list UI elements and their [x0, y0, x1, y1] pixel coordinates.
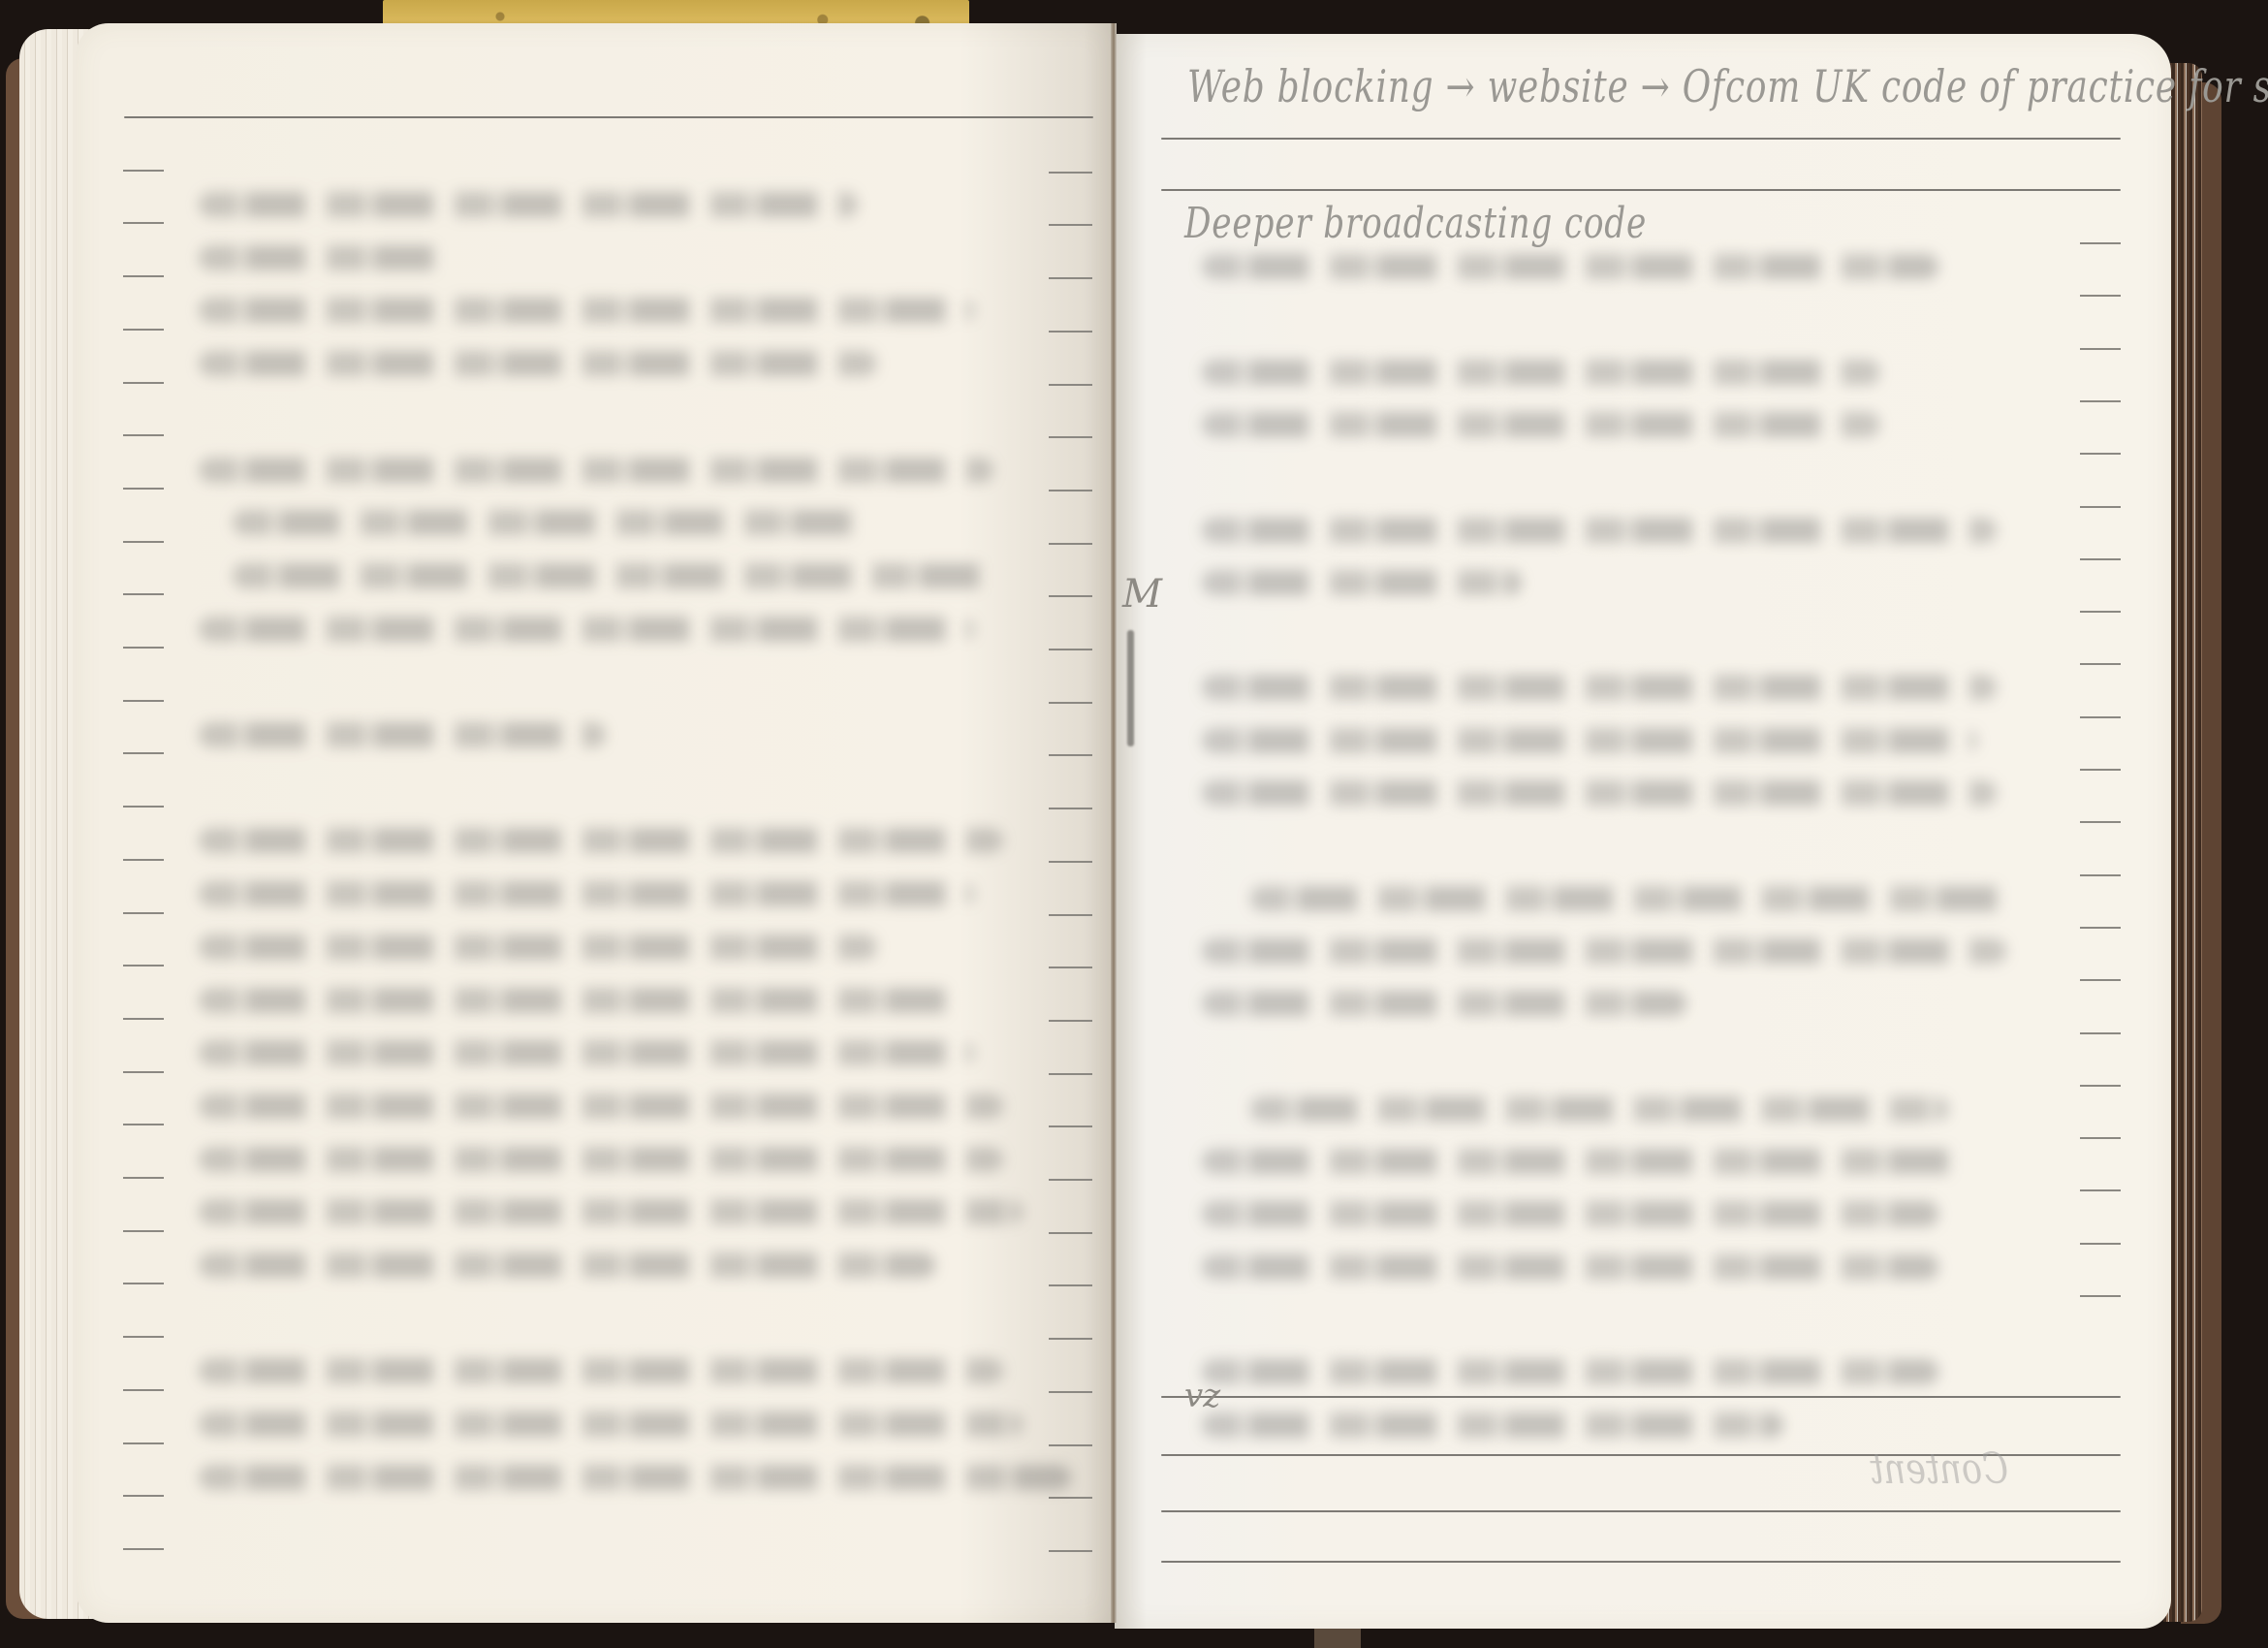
blurred-handwriting-line	[1202, 780, 1997, 806]
blurred-handwriting-line	[233, 563, 989, 588]
rule-tick-right	[1049, 1338, 1092, 1340]
rule-tick-left	[123, 329, 164, 331]
rule-tick-right	[1049, 1073, 1092, 1075]
rule-tick-right	[1049, 1497, 1092, 1499]
rule-tick-left	[123, 382, 164, 384]
rule-tick-right	[2080, 1243, 2121, 1245]
rule-tick-right	[1049, 808, 1092, 809]
right-page-rule	[1161, 1396, 2121, 1398]
rule-tick-right	[2080, 716, 2121, 718]
rule-tick-right	[1049, 1232, 1092, 1234]
blurred-handwriting-line	[199, 1358, 1003, 1383]
rule-tick-right	[2080, 1189, 2121, 1191]
gutter-spine	[1111, 23, 1117, 1623]
rule-tick-right	[2080, 295, 2121, 297]
blurred-handwriting-line	[1202, 991, 1686, 1016]
rule-tick-left	[123, 541, 164, 543]
blurred-handwriting-line	[1202, 518, 1997, 543]
rule-tick-left	[123, 1495, 164, 1497]
rule-tick-left	[123, 1071, 164, 1073]
rule-tick-right	[2080, 506, 2121, 508]
blurred-handwriting-line	[199, 881, 974, 906]
rule-tick-right	[1049, 384, 1092, 386]
rule-tick-right	[1049, 1391, 1092, 1393]
blurred-handwriting-line	[199, 988, 955, 1013]
blurred-handwriting-line	[1250, 1096, 1948, 1122]
blurred-handwriting-line	[199, 722, 606, 747]
rule-tick-left	[123, 1018, 164, 1020]
rule-tick-left	[123, 859, 164, 861]
blurred-handwriting-line	[199, 1252, 935, 1278]
blurred-handwriting-line	[1202, 1254, 1938, 1280]
rule-tick-right	[1049, 649, 1092, 650]
blurred-handwriting-line	[199, 351, 877, 376]
blurred-handwriting-line	[199, 617, 974, 642]
rule-tick-right	[1049, 861, 1092, 863]
blurred-handwriting-line	[199, 298, 974, 323]
rule-tick-right	[1049, 1125, 1092, 1127]
rule-tick-left	[123, 912, 164, 914]
rule-tick-right	[1049, 1284, 1092, 1286]
rule-tick-right	[2080, 821, 2121, 823]
rule-tick-right	[2080, 1295, 2121, 1297]
rule-tick-right	[1049, 331, 1092, 333]
rule-tick-left	[123, 434, 164, 436]
right-page-heading-1: Web blocking → website → Ofcom UK code o…	[1187, 60, 2268, 112]
rule-tick-left	[123, 1230, 164, 1232]
rule-tick-right	[1049, 1020, 1092, 1022]
rule-tick-right	[1049, 1444, 1092, 1446]
rule-tick-left	[123, 647, 164, 649]
rule-tick-right	[2080, 927, 2121, 929]
right-page-rule	[1161, 1510, 2121, 1512]
rule-tick-right	[1049, 595, 1092, 597]
rule-tick-right	[1049, 224, 1092, 226]
blurred-handwriting-line	[1202, 728, 1977, 753]
right-page-rule	[1161, 138, 2121, 140]
pencil-smudge	[1127, 630, 1134, 746]
rule-tick-right	[1049, 702, 1092, 704]
rule-tick-right	[1049, 1550, 1092, 1552]
rule-tick-right	[1049, 436, 1092, 438]
rule-tick-right	[2080, 1137, 2121, 1139]
rule-tick-right	[1049, 914, 1092, 916]
rule-tick-left	[123, 752, 164, 754]
bleed-through-text: Content	[1870, 1444, 2008, 1494]
rule-tick-right	[2080, 979, 2121, 981]
rule-tick-right	[2080, 558, 2121, 560]
notebook-scene: Web blocking → website → Ofcom UK code o…	[0, 0, 2268, 1648]
rule-tick-left	[123, 1336, 164, 1338]
blurred-handwriting-line	[1202, 938, 2006, 964]
blurred-handwriting-line	[199, 828, 1003, 853]
blurred-handwriting-line	[1250, 886, 2006, 911]
rule-tick-right	[1049, 277, 1092, 279]
rule-tick-right	[2080, 611, 2121, 613]
rule-tick-left	[123, 1548, 164, 1550]
blurred-handwriting-line	[199, 245, 451, 270]
margin-mark-bottom: vz	[1184, 1377, 1220, 1415]
blurred-handwriting-line	[1202, 1149, 1958, 1174]
rule-tick-left	[123, 222, 164, 224]
rule-tick-right	[1049, 172, 1092, 174]
rule-tick-left	[123, 275, 164, 277]
rule-tick-left	[123, 806, 164, 808]
blurred-handwriting-line	[199, 1465, 1071, 1490]
rule-tick-left	[123, 700, 164, 702]
blurred-handwriting-line	[1202, 254, 1938, 279]
blurred-handwriting-line	[1202, 1359, 1938, 1384]
rule-tick-left	[123, 170, 164, 172]
blurred-handwriting-line	[199, 458, 993, 483]
blurred-handwriting-line	[199, 935, 877, 960]
rule-tick-right	[2080, 769, 2121, 771]
rule-tick-right	[2080, 400, 2121, 402]
right-page-heading-2: Deeper broadcasting code	[1184, 199, 1647, 248]
rule-tick-right	[1049, 543, 1092, 545]
blurred-handwriting-line	[199, 1199, 1023, 1224]
blurred-handwriting-line	[1202, 1201, 1938, 1226]
blurred-handwriting-line	[199, 1093, 1003, 1119]
rule-tick-left	[123, 1124, 164, 1125]
blurred-handwriting-line	[1202, 360, 1880, 385]
blurred-handwriting-line	[199, 192, 858, 217]
rule-tick-right	[1049, 754, 1092, 756]
rule-tick-right	[2080, 348, 2121, 350]
blurred-handwriting-line	[199, 1040, 974, 1065]
rule-tick-left	[123, 1442, 164, 1444]
rule-tick-right	[2080, 874, 2121, 876]
rule-tick-right	[2080, 242, 2121, 244]
right-page-rule	[1161, 1561, 2121, 1563]
rule-tick-right	[2080, 453, 2121, 455]
rule-tick-right	[1049, 490, 1092, 491]
blurred-handwriting-line	[1202, 570, 1522, 595]
left-page-top-rule	[124, 116, 1093, 118]
margin-mark-m: M	[1122, 572, 1162, 617]
rule-tick-right	[1049, 1179, 1092, 1181]
rule-tick-right	[2080, 1032, 2121, 1034]
blurred-handwriting-line	[1202, 412, 1880, 437]
rule-tick-left	[123, 1389, 164, 1391]
rule-tick-left	[123, 488, 164, 490]
rule-tick-right	[2080, 663, 2121, 665]
rule-tick-left	[123, 1177, 164, 1179]
rule-tick-right	[2080, 1085, 2121, 1087]
rule-tick-right	[1049, 967, 1092, 968]
right-page-rule	[1161, 189, 2121, 191]
blurred-handwriting-line	[1202, 1412, 1783, 1438]
blurred-handwriting-line	[1202, 675, 1997, 700]
blurred-handwriting-line	[233, 510, 872, 535]
blurred-handwriting-line	[199, 1411, 1023, 1437]
blurred-handwriting-line	[199, 1147, 1003, 1172]
rule-tick-left	[123, 1283, 164, 1284]
rule-tick-left	[123, 965, 164, 967]
rule-tick-left	[123, 593, 164, 595]
